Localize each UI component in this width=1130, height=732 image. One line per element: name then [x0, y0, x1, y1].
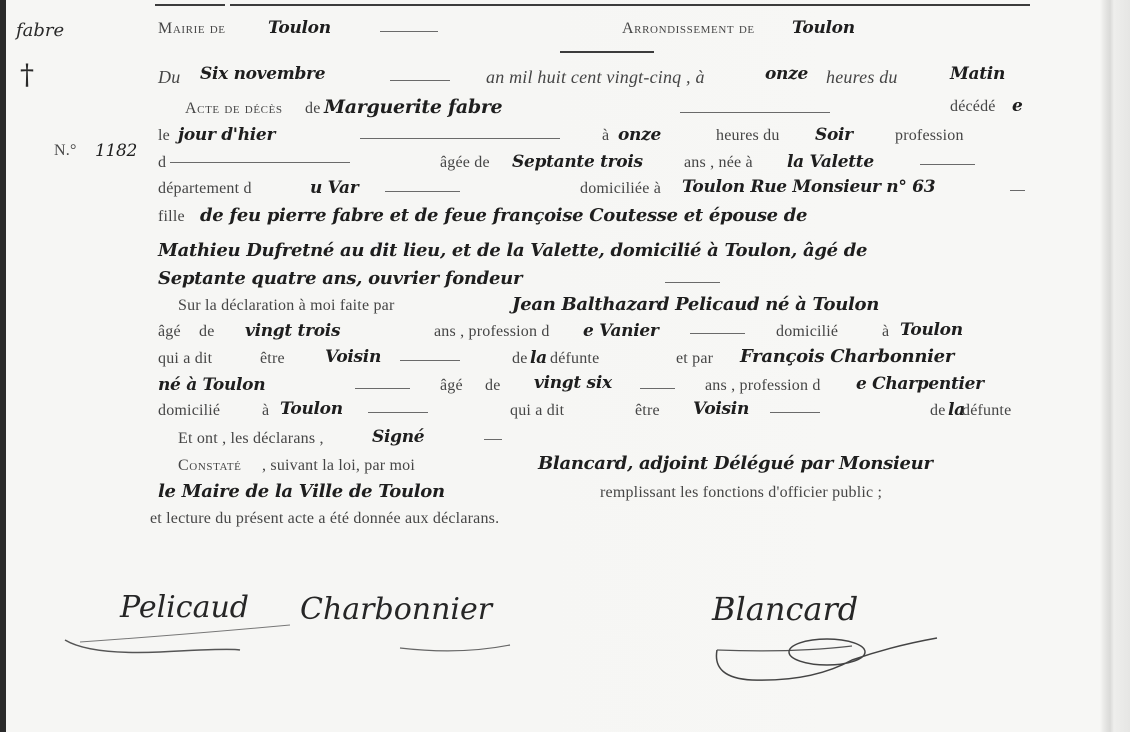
constate-label: Constaté	[178, 457, 241, 475]
death-period: Soir	[815, 125, 853, 145]
header-divider	[560, 51, 654, 53]
first-de-label: de	[512, 350, 528, 368]
lecture-text: et lecture du présent acte a été donnée …	[150, 510, 499, 528]
parents-dash	[665, 282, 720, 283]
profession-dash-2	[170, 162, 350, 163]
death-day-dash	[360, 138, 560, 139]
et-par: et par	[676, 350, 713, 368]
departement-dash	[385, 191, 460, 192]
top-rule-right	[230, 4, 1030, 6]
remplissant-text: remplissant les fonctions d'officier pub…	[600, 484, 882, 502]
hour-value: onze	[765, 64, 808, 84]
domicile-value: Toulon Rue Monsieur n° 63	[682, 177, 935, 197]
second-de-age: de	[485, 377, 501, 395]
signature-flourish-right-icon	[712, 638, 952, 698]
date-prefix: Du	[158, 67, 180, 88]
d-label: d	[158, 154, 166, 172]
first-relation-dash	[400, 360, 460, 361]
arrondissement-value: Toulon	[792, 18, 855, 38]
birthplace: la Valette	[787, 152, 874, 172]
first-ans-profession: ans , profession d	[434, 323, 550, 341]
mairie-label: Mairie de	[158, 20, 226, 38]
second-domicilie-label: domicilié	[158, 402, 220, 420]
second-domicile: Toulon	[280, 399, 343, 419]
signature-flourish-middle-icon	[400, 620, 520, 660]
date-dash	[390, 80, 450, 81]
decede-label: décédé	[950, 98, 996, 116]
signature-blancard: Blancard	[712, 590, 858, 628]
officer-line-1: Blancard, adjoint Délégué par Monsieur	[538, 453, 933, 474]
first-a-label: à	[882, 323, 889, 341]
first-etre: être	[260, 350, 285, 368]
date-value: Six novembre	[200, 64, 325, 84]
second-relation: Voisin	[693, 399, 749, 419]
fille-label: fille	[158, 208, 185, 226]
hour-text: heures du	[826, 67, 898, 88]
parents-line-1: de feu pierre fabre et de feue françoise…	[200, 205, 807, 226]
departement-label: département d	[158, 180, 252, 198]
parents-line-2: Mathieu Dufretné au dit lieu, et de la V…	[158, 240, 867, 261]
second-etre: être	[635, 402, 660, 420]
second-age-dash	[640, 388, 675, 389]
second-birth: né à Toulon	[158, 375, 265, 395]
first-declarant-name: Jean Balthazard Pelicaud né à Toulon	[512, 294, 879, 315]
second-age-label: âgé	[440, 377, 463, 395]
first-la: la	[530, 348, 547, 368]
second-profession: e Charpentier	[856, 374, 984, 394]
officer-line-2: le Maire de la Ville de Toulon	[158, 481, 445, 502]
death-a: à	[602, 127, 609, 145]
first-defunte: défunte	[550, 350, 599, 368]
declaration-intro: Sur la déclaration à moi faite par	[178, 297, 395, 315]
second-birth-dash	[355, 388, 410, 389]
second-de-label: de	[930, 402, 946, 420]
first-domicilie-label: domicilié	[776, 323, 838, 341]
top-rule-left	[155, 4, 225, 6]
first-relation: Voisin	[325, 347, 381, 367]
signature-flourish-left-icon	[60, 630, 360, 660]
arrondissement-label: Arrondissement de	[622, 20, 755, 38]
constate-text: , suivant la loi, par moi	[262, 457, 415, 475]
first-qui-a-dit: qui a dit	[158, 350, 212, 368]
year-text: an mil huit cent vingt-cinq , à	[486, 67, 705, 88]
margin-surname: fabre	[16, 20, 64, 41]
acte-label: Acte de décès	[185, 100, 283, 118]
deceased-name: Marguerite fabre	[324, 96, 502, 118]
second-qui-a-dit: qui a dit	[510, 402, 564, 420]
period-value: Matin	[950, 64, 1005, 84]
signed-dash	[484, 439, 502, 440]
second-ans-profession: ans , profession d	[705, 377, 821, 395]
record-number-label: N.°	[54, 142, 77, 160]
decede-suffix: e	[1012, 96, 1023, 116]
mairie-value: Toulon	[268, 18, 331, 38]
le-label: le	[158, 127, 170, 145]
signed-value: Signé	[372, 427, 424, 447]
parents-line-3: Septante quatre ans, ouvrier fondeur	[158, 268, 522, 289]
domicile-label: domiciliée à	[580, 180, 661, 198]
first-domicile: Toulon	[900, 320, 963, 340]
first-age-label: âgé de	[158, 323, 215, 341]
second-a-label: à	[262, 402, 269, 420]
second-defunte: défunte	[962, 402, 1011, 420]
age-label: âgée de	[440, 154, 490, 172]
profession-label: profession	[895, 127, 964, 145]
departement-value: u Var	[310, 178, 358, 198]
death-hour-text: heures du	[716, 127, 780, 145]
second-domicile-dash	[368, 412, 428, 413]
death-day: jour d'hier	[178, 125, 275, 145]
first-profession: e Vanier	[583, 321, 659, 341]
signature-pelicaud: Pelicaud	[120, 590, 249, 625]
birthplace-dash	[920, 164, 975, 165]
age-value: Septante trois	[512, 152, 643, 172]
name-dash	[680, 112, 830, 113]
document-page: fabre † N.° 1182 Mairie de Toulon Arrond…	[0, 0, 1130, 732]
death-cross-icon: †	[20, 58, 34, 91]
second-age: vingt six	[534, 373, 612, 393]
death-hour: onze	[618, 125, 661, 145]
ans-nee: ans , née à	[684, 154, 753, 172]
first-age: vingt trois	[245, 321, 340, 341]
signed-text: Et ont , les déclarans ,	[178, 430, 324, 448]
second-declarant-name: François Charbonnier	[740, 346, 954, 367]
domicile-dash	[1010, 190, 1025, 191]
second-relation-dash	[770, 412, 820, 413]
acte-de: de	[305, 100, 321, 118]
first-profession-dash	[690, 333, 745, 334]
mairie-dash	[380, 31, 438, 32]
record-number-value: 1182	[95, 141, 137, 161]
